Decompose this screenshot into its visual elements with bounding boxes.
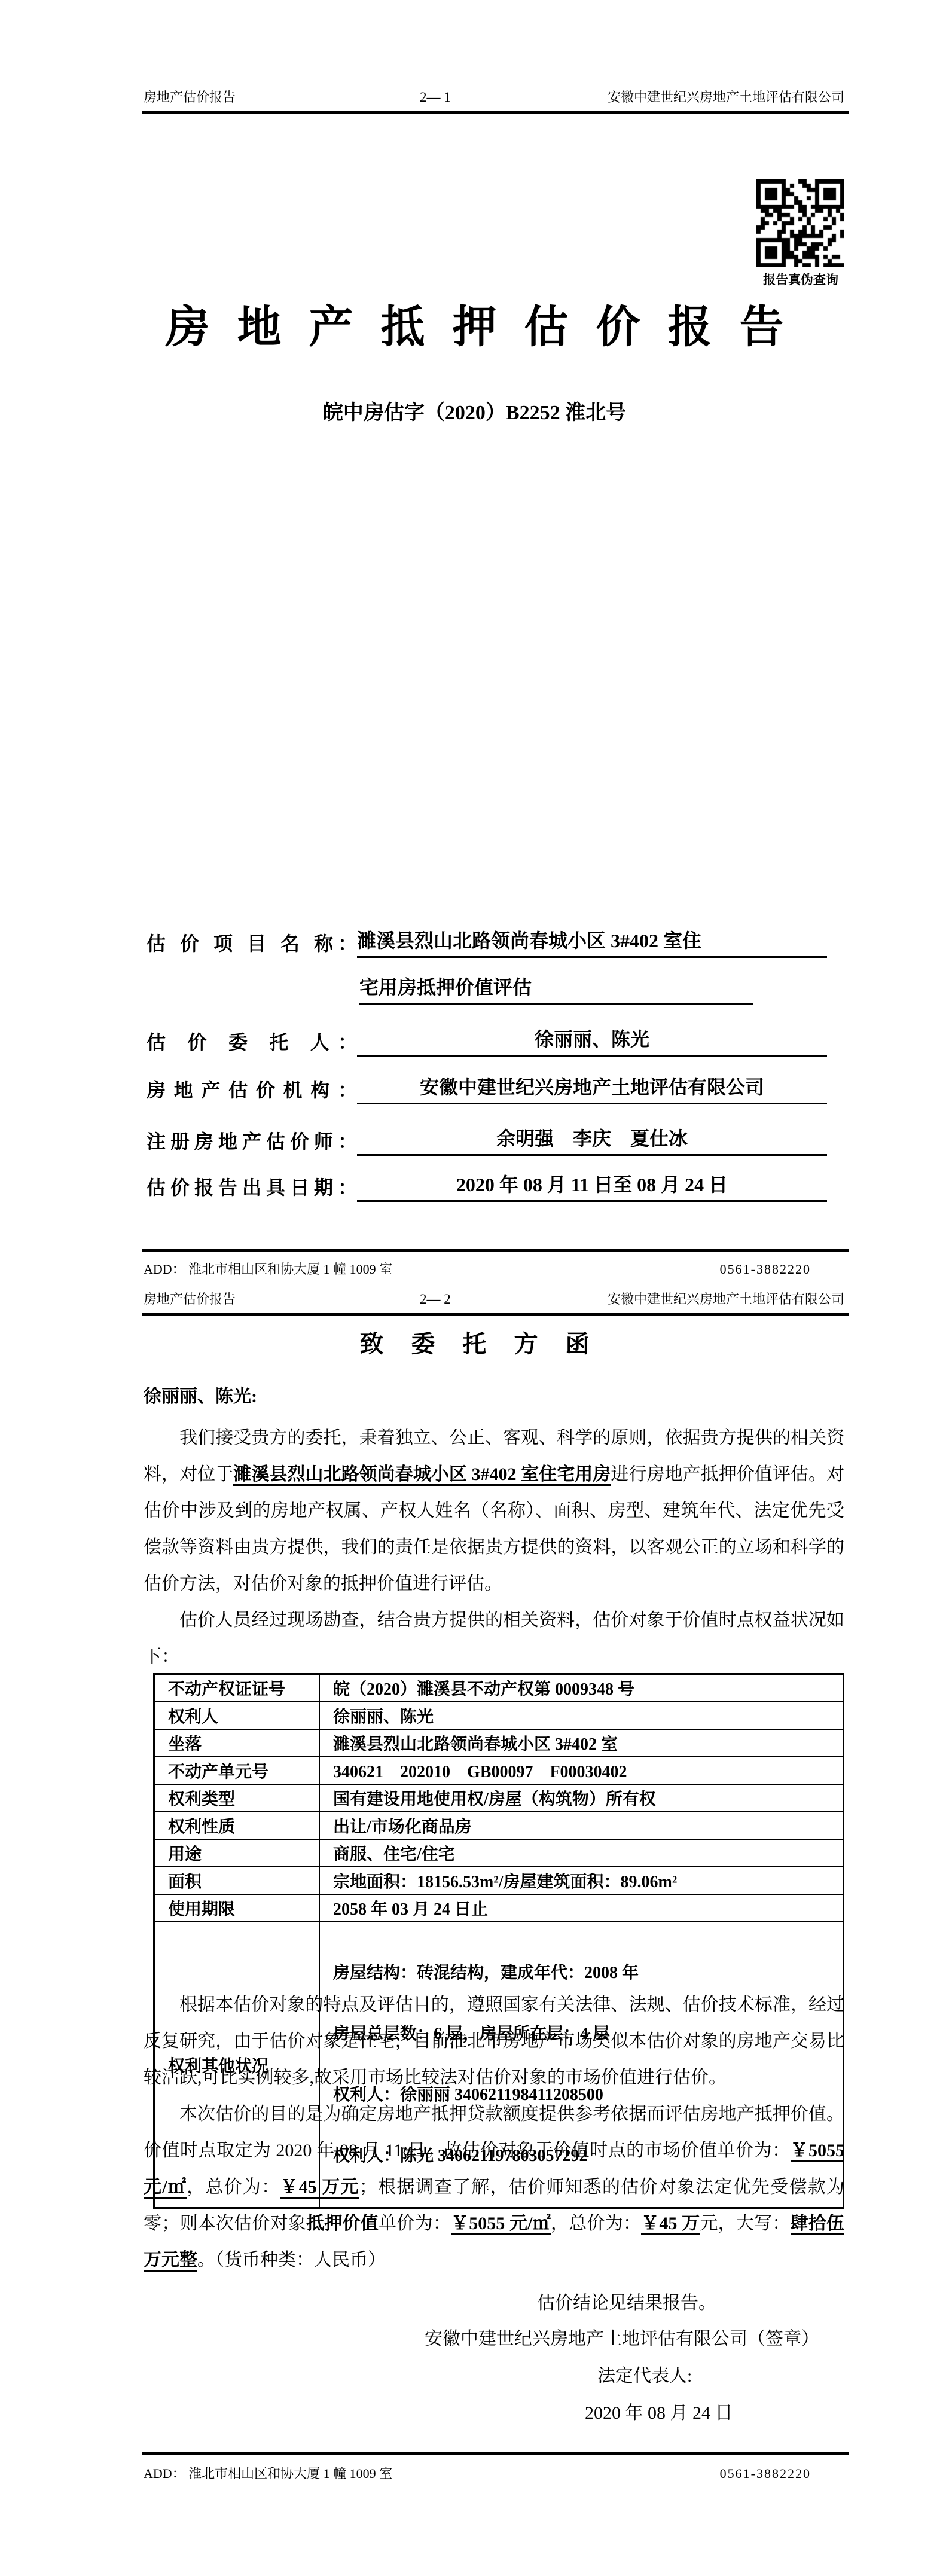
row-usage-value: 商服、住宅/住宅 bbox=[319, 1839, 844, 1867]
row-location-value: 濉溪县烈山北路领尚春城小区 3#402 室 bbox=[319, 1729, 844, 1757]
paragraph-survey: 估价人员经过现场勘查，结合贵方提供的相关资料，估价对象于价值时点权益状况如下： bbox=[144, 1602, 844, 1675]
table-row: 权利类型 国有建设用地使用权/房屋（构筑物）所有权 bbox=[154, 1784, 844, 1812]
row-term-value: 2058 年 03 月 24 日止 bbox=[319, 1894, 844, 1922]
header-doc-type: 房地产估价报告 bbox=[144, 88, 236, 106]
field-project-label: 估 价 项 目 名 称： bbox=[147, 929, 357, 958]
header-company-name: 安徽中建世纪兴房地产土地评估有限公司 bbox=[608, 88, 844, 106]
row-cert-no-value: 皖（2020）濉溪县不动产权第 0009348 号 bbox=[319, 1674, 844, 1702]
report-document: 房地产估价报告 2— 1 安徽中建世纪兴房地产土地评估有限公司 报告真伪查询 房… bbox=[0, 0, 949, 2576]
header-rule bbox=[142, 111, 849, 114]
para4-text: 单价为： bbox=[379, 2214, 451, 2233]
row-location-label: 坐落 bbox=[154, 1729, 320, 1757]
row-cert-no-label: 不动产权证证号 bbox=[154, 1674, 320, 1702]
para4-text: 元，大写： bbox=[700, 2214, 790, 2233]
qr-code-wrap bbox=[756, 179, 844, 267]
report-number: 皖中房估字（2020）B2252 淮北号 bbox=[0, 396, 949, 425]
row-term-label: 使用期限 bbox=[154, 1894, 320, 1922]
qr-code bbox=[756, 179, 844, 267]
paragraph-valuation: 本次估价的目的是为确定房地产抵押贷款额度提供参考依据而评估房地产抵押价值。价值时… bbox=[144, 2096, 844, 2278]
company-signature-line: 安徽中建世纪兴房地产土地评估有限公司（签章） bbox=[144, 2324, 819, 2350]
table-row: 面积 宗地面积：18156.53m²/房屋建筑面积：89.06m² bbox=[154, 1867, 844, 1894]
field-project-value-line1: 濉溪县烈山北路领尚春城小区 3#402 室住 bbox=[357, 926, 827, 958]
para4-text: 本次估价的目的是为确定房地产抵押贷款额度提供参考依据而评估房地产抵押价值。价值时… bbox=[144, 2104, 844, 2160]
mortgage-value-term: 抵押价值 bbox=[306, 2214, 379, 2233]
field-appraisers: 注册房地产估价师：余明强 李庆 夏仕冰 bbox=[147, 1124, 844, 1156]
footer-phone: 0561-3882220 bbox=[720, 1260, 844, 1278]
row-area-value: 宗地面积：18156.53m²/房屋建筑面积：89.06m² bbox=[319, 1867, 844, 1894]
field-issue-date-value: 2020 年 08 月 11 日至 08 月 24 日 bbox=[357, 1170, 827, 1202]
table-row: 权利性质 出让/市场化商品房 bbox=[154, 1812, 844, 1839]
table-row: 用途 商服、住宅/住宅 bbox=[154, 1839, 844, 1867]
letter-body-part2: 根据本估价对象的特点及评估目的，遵照国家有关法律、法规、估价技术标准，经过反复研… bbox=[144, 1986, 844, 2278]
report-title: 房地产抵押估价报告 bbox=[0, 292, 949, 355]
header-doc-type: 房地产估价报告 bbox=[144, 1290, 236, 1308]
row-right-nature-label: 权利性质 bbox=[154, 1812, 320, 1839]
mortgage-total-price: ￥45 万 bbox=[641, 2214, 700, 2235]
table-row: 不动产单元号 340621 202010 GB00097 F00030402 bbox=[154, 1757, 844, 1784]
salutation: 徐丽丽、陈光: bbox=[144, 1381, 257, 1408]
field-agency: 房地产估价机构：安徽中建世纪兴房地产土地评估有限公司 bbox=[147, 1073, 844, 1104]
page2-footer: ADD： 淮北市相山区和协大厦 1 幢 1009 室 0561-3882220 bbox=[144, 2465, 844, 2483]
paragraph-commission: 我们接受贵方的委托，秉着独立、公正、客观、科学的原则，依据贵方提供的相关资料，对… bbox=[144, 1420, 844, 1602]
page1-footer-rule bbox=[142, 1249, 849, 1252]
row-area-label: 面积 bbox=[154, 1867, 320, 1894]
field-agency-label: 房地产估价机构： bbox=[147, 1076, 357, 1104]
table-row: 不动产权证证号 皖（2020）濉溪县不动产权第 0009348 号 bbox=[154, 1674, 844, 1702]
field-project-value-line2: 宅用房抵押价值评估 bbox=[359, 973, 753, 1005]
row-unit-no-value: 340621 202010 GB00097 F00030402 bbox=[319, 1757, 844, 1784]
row-right-nature-value: 出让/市场化商品房 bbox=[319, 1812, 844, 1839]
page1-footer: ADD： 淮北市相山区和协大厦 1 幢 1009 室 0561-3882220 bbox=[144, 1260, 844, 1278]
field-client: 估 价 委 托 人：徐丽丽、陈光 bbox=[147, 1025, 844, 1057]
letter-title: 致委托方函 bbox=[0, 1325, 949, 1359]
para4-text: 。（货币种类：人民币） bbox=[197, 2250, 386, 2270]
row-right-type-value: 国有建设用地使用权/房屋（构筑物）所有权 bbox=[319, 1784, 844, 1812]
header-page-number: 2— 2 bbox=[420, 1290, 451, 1308]
para4-text: ，总价为： bbox=[187, 2177, 280, 2197]
field-agency-value: 安徽中建世纪兴房地产土地评估有限公司 bbox=[357, 1073, 827, 1104]
para4-text: ，总价为： bbox=[551, 2214, 641, 2233]
legal-representative-line: 法定代表人: bbox=[597, 2361, 692, 2387]
letter-body-part1: 我们接受贵方的委托，秉着独立、公正、客观、科学的原则，依据贵方提供的相关资料，对… bbox=[144, 1420, 844, 1675]
table-row: 使用期限 2058 年 03 月 24 日止 bbox=[154, 1894, 844, 1922]
table-row: 权利人 徐丽丽、陈光 bbox=[154, 1702, 844, 1729]
field-project-name-cont: 宅用房抵押价值评估 bbox=[359, 973, 755, 1005]
field-appraisers-value: 余明强 李庆 夏仕冰 bbox=[357, 1124, 827, 1156]
row-usage-label: 用途 bbox=[154, 1839, 320, 1867]
qr-caption: 报告真伪查询 bbox=[746, 270, 855, 288]
other-status-line: 房屋结构：砖混结构，建成年代：2008 年 bbox=[333, 1962, 843, 1985]
row-unit-no-label: 不动产单元号 bbox=[154, 1757, 320, 1784]
field-issue-date: 估价报告出具日期：2020 年 08 月 11 日至 08 月 24 日 bbox=[147, 1170, 844, 1202]
field-client-value: 徐丽丽、陈光 bbox=[357, 1025, 827, 1057]
row-holder-label: 权利人 bbox=[154, 1702, 320, 1729]
footer-address: ADD： 淮北市相山区和协大厦 1 幢 1009 室 bbox=[144, 1260, 392, 1278]
page2-footer-rule bbox=[142, 2452, 849, 2455]
signature-date: 2020 年 08 月 24 日 bbox=[585, 2398, 733, 2424]
subject-property-highlight: 濉溪县烈山北路领尚春城小区 3#402 室住宅用房 bbox=[233, 1464, 611, 1486]
mortgage-unit-price: ￥5055 元/㎡ bbox=[451, 2214, 551, 2235]
paragraph-method: 根据本估价对象的特点及评估目的，遵照国家有关法律、法规、估价技术标准，经过反复研… bbox=[144, 1986, 844, 2096]
header-page-number: 2— 1 bbox=[420, 88, 451, 106]
row-right-type-label: 权利类型 bbox=[154, 1784, 320, 1812]
row-holder-value: 徐丽丽、陈光 bbox=[319, 1702, 844, 1729]
footer-address: ADD： 淮北市相山区和协大厦 1 幢 1009 室 bbox=[144, 2465, 392, 2483]
field-project-name: 估 价 项 目 名 称：濉溪县烈山北路领尚春城小区 3#402 室住 bbox=[147, 926, 844, 958]
page2-running-header: 房地产估价报告 2— 2 安徽中建世纪兴房地产土地评估有限公司 bbox=[144, 1290, 844, 1308]
footer-phone: 0561-3882220 bbox=[720, 2465, 844, 2483]
market-total-price: ￥45 万元 bbox=[280, 2177, 359, 2199]
conclusion-note: 估价结论见结果报告。 bbox=[537, 2288, 716, 2314]
field-appraisers-label: 注册房地产估价师： bbox=[147, 1127, 357, 1156]
header-rule bbox=[142, 1313, 849, 1316]
header-company-name: 安徽中建世纪兴房地产土地评估有限公司 bbox=[608, 1290, 844, 1308]
field-client-label: 估 价 委 托 人： bbox=[147, 1028, 357, 1057]
field-issue-date-label: 估价报告出具日期： bbox=[147, 1173, 357, 1202]
table-row: 坐落 濉溪县烈山北路领尚春城小区 3#402 室 bbox=[154, 1729, 844, 1757]
page1-running-header: 房地产估价报告 2— 1 安徽中建世纪兴房地产土地评估有限公司 bbox=[144, 88, 844, 106]
